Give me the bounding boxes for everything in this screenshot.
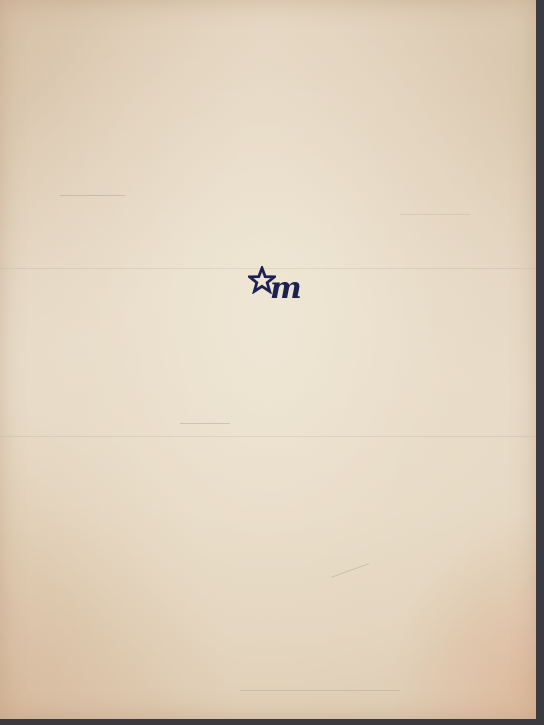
paper-crease [180, 423, 230, 424]
publisher-emblem: m [248, 266, 306, 310]
scanned-page: m [0, 0, 544, 725]
paper-crease [60, 195, 125, 196]
paper-crease [331, 563, 369, 578]
paper-crease [400, 214, 470, 215]
emblem-letter: m [270, 274, 302, 304]
book-back-cover: m [0, 0, 536, 719]
paper-crease [240, 690, 400, 691]
fold-line [0, 436, 536, 437]
